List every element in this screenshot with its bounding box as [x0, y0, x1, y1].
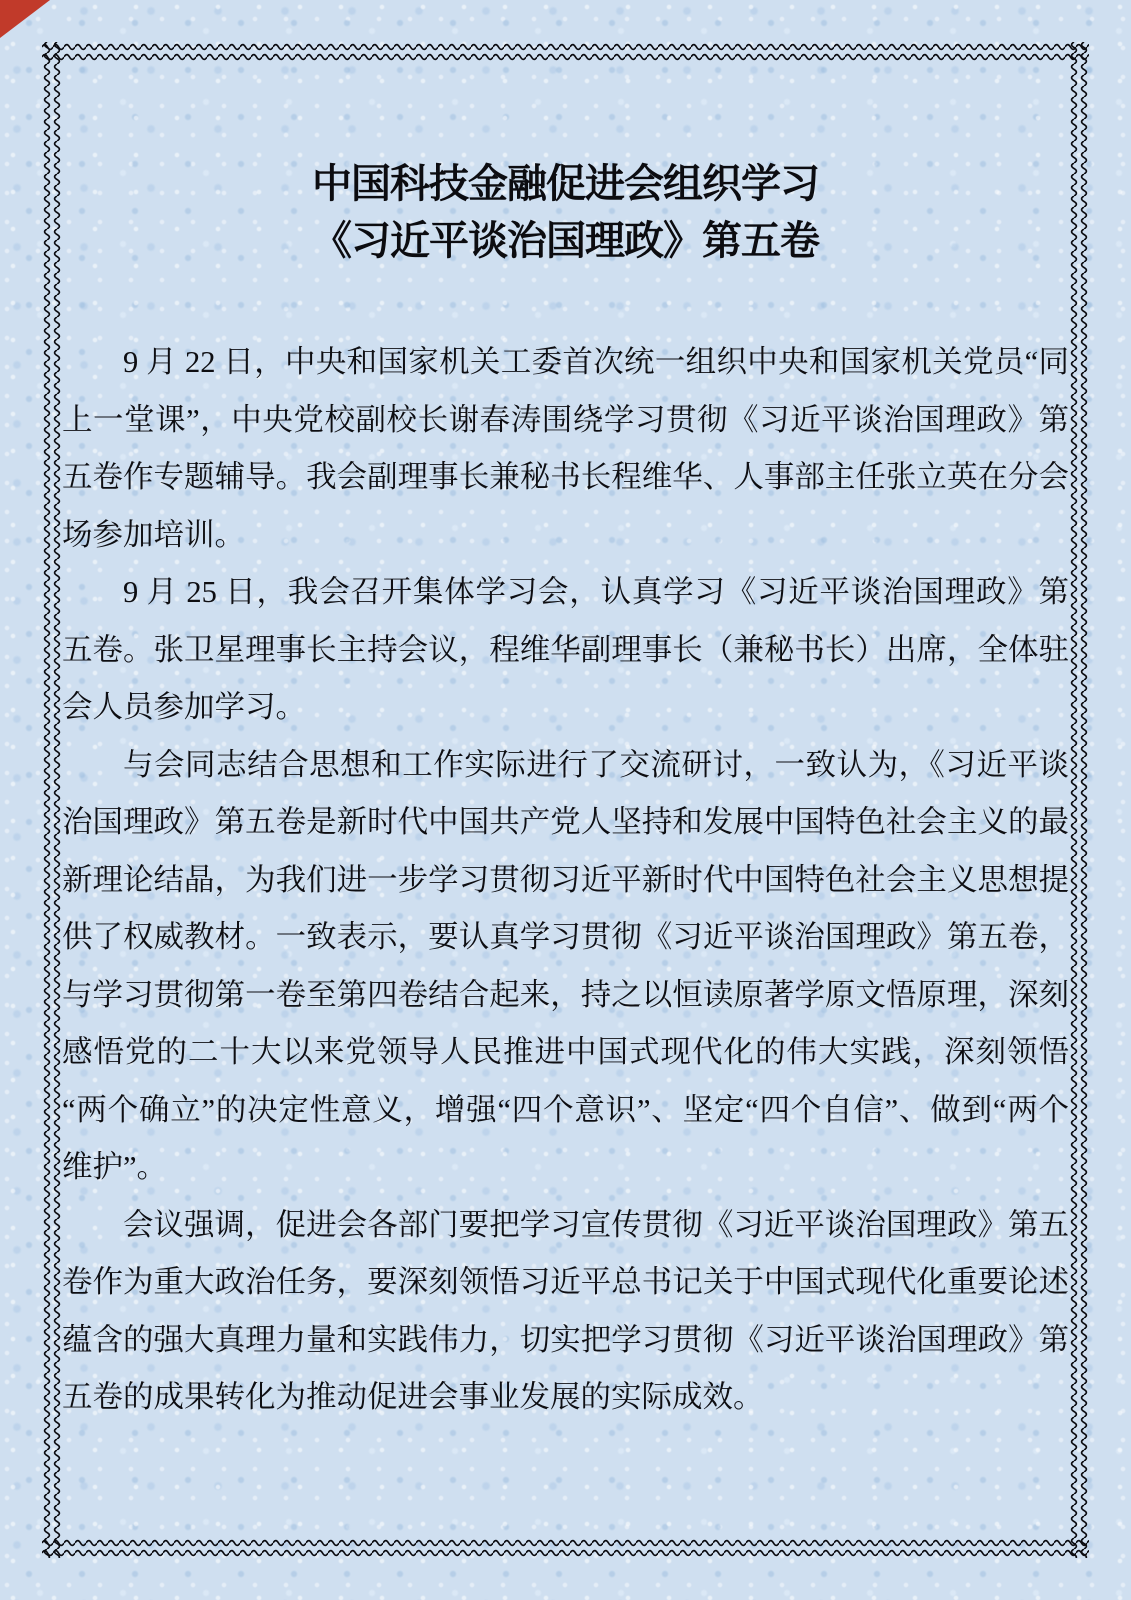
document-page: { "doc": { "title_line1": "中国科技金融促进会组织学习…	[0, 0, 1131, 1600]
paragraph-1: 9 月 22 日，中央和国家机关工委首次统一组织中央和国家机关党员“同上一堂课”…	[62, 334, 1069, 564]
title-line-1: 中国科技金融促进会组织学习	[62, 156, 1069, 213]
document-title: 中国科技金融促进会组织学习 《习近平谈治国理政》第五卷	[62, 156, 1069, 270]
paragraph-3: 与会同志结合思想和工作实际进行了交流研讨，一致认为，《习近平谈治国理政》第五卷是…	[62, 737, 1069, 1197]
document-body: 9 月 22 日，中央和国家机关工委首次统一组织中央和国家机关党员“同上一堂课”…	[62, 334, 1069, 1427]
paragraph-4: 会议强调，促进会各部门要把学习宣传贯彻《习近平谈治国理政》第五卷作为重大政治任务…	[62, 1197, 1069, 1427]
document: 中国科技金融促进会组织学习 《习近平谈治国理政》第五卷 9 月 22 日，中央和…	[62, 156, 1069, 1427]
paragraph-2: 9 月 25 日，我会召开集体学习会，认真学习《习近平谈治国理政》第五卷。张卫星…	[62, 564, 1069, 737]
title-line-2: 《习近平谈治国理政》第五卷	[62, 213, 1069, 270]
red-corner-mark	[0, 0, 50, 38]
